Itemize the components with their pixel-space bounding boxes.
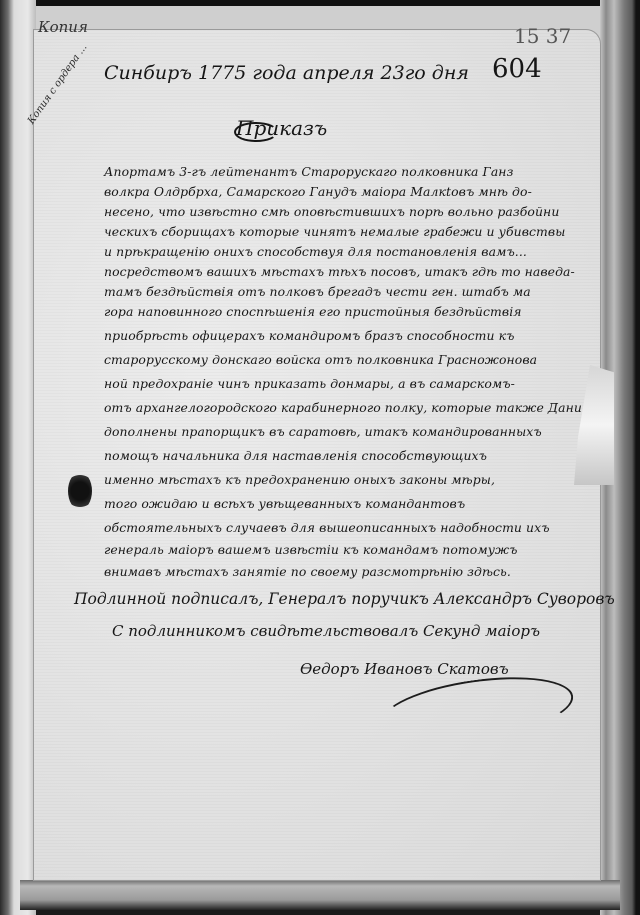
body-line: посредствомъ вашихъ мѣстахъ тѣхъ посовъ,… bbox=[104, 264, 575, 279]
body-line: гора наповинного споспѣшенiя его пристой… bbox=[104, 304, 522, 319]
attestation-signature: Ѳедоръ Ивановъ Скатовъ bbox=[300, 660, 509, 678]
body-line: приобрѣсть офицерахъ командиромъ бразъ с… bbox=[104, 328, 515, 343]
ink-blot bbox=[68, 472, 92, 510]
body-line: генераль маiоръ вашемъ извѣстiи къ коман… bbox=[104, 542, 518, 557]
folio-number: 15 37 bbox=[514, 24, 571, 48]
body-line: Апортамъ 3-гъ лейтенантъ Старорускаго по… bbox=[104, 164, 513, 179]
copy-stamp: Копия bbox=[38, 18, 88, 36]
body-line: ческихъ сборищахъ которые чинятъ немалые… bbox=[104, 224, 565, 239]
place-and-date: Синбиръ 1775 года апреля 23го дня bbox=[104, 62, 469, 84]
body-line: ной предохранiе чинъ приказать донмары, … bbox=[104, 376, 515, 391]
body-line: тамъ бездѣйствiя отъ полковъ брегадъ чес… bbox=[104, 284, 531, 299]
document-number: 604 bbox=[492, 54, 542, 84]
body-line: старорусскому донскаго войска отъ полков… bbox=[104, 352, 537, 367]
attestation-line: С подлинникомъ свидѣтельствовалъ Секунд … bbox=[112, 622, 540, 640]
body-line: внимавъ мѣстахъ занятiе по своему разсмо… bbox=[104, 564, 511, 579]
body-line: помощъ начальника для наставленiя способ… bbox=[104, 448, 487, 463]
body-line: и прѣкращенiю онихъ способствуя для пост… bbox=[104, 244, 527, 259]
body-line: волкра Олдрбрха, Самарского Ганудъ маiор… bbox=[104, 184, 532, 199]
body-line: именно мѣстахъ къ предохранению оныхъ за… bbox=[104, 472, 495, 487]
body-line: обстоятельныхъ случаевъ для вышеописанны… bbox=[104, 520, 550, 535]
document-title: Приказъ bbox=[236, 116, 327, 140]
original-signature-line: Подлинной подписалъ, Генералъ поручикъ А… bbox=[74, 590, 615, 608]
book-binding-left bbox=[0, 0, 36, 915]
body-line: дополнены прапорщикъ въ саратовѣ, итакъ … bbox=[104, 424, 542, 439]
body-line: того ожидаю и всѣхъ увѣщеванныхъ команда… bbox=[104, 496, 465, 511]
body-line: отъ архангелогородского карабинерного по… bbox=[104, 400, 582, 415]
body-line: несено, что извѣстно смѣ оповѣстившихъ п… bbox=[104, 204, 559, 219]
page-stack-bottom bbox=[20, 880, 620, 910]
